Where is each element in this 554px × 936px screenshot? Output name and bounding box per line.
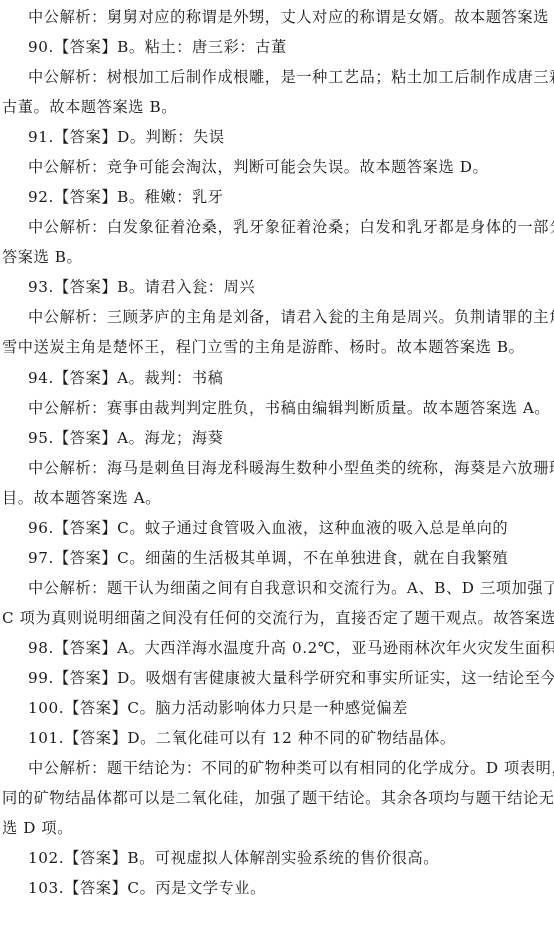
analysis-continuation: 答案选 B。	[2, 245, 554, 269]
analysis-continuation: 古董。故本题答案选 B。	[2, 95, 554, 119]
answer-line-90: 90.【答案】B。粘土：唐三彩：古董	[28, 35, 554, 59]
analysis-line: 中公解析：三顾茅庐的主角是刘备，请君入瓮的主角是周兴。负荆请罪的主角是廉颇，	[28, 305, 554, 329]
answer-line-95: 95.【答案】A。海龙；海葵	[28, 426, 554, 450]
answer-line-101: 101.【答案】D。二氧化硅可以有 12 种不同的矿物结晶体。	[28, 726, 554, 750]
analysis-line: 中公解析：树根加工后制作成根雕，是一种工艺品；粘土加工后制作成唐三彩，是一种	[28, 65, 554, 89]
analysis-continuation: 同的矿物结晶体都可以是二氧化硅，加强了题干结论。其余各项均与题干结论无关。故答案	[2, 786, 554, 810]
analysis-line: 中公解析：题干结论为：不同的矿物种类可以有相同的化学成分。D 项表明，12 种不	[28, 756, 554, 780]
analysis-line: 中公解析：舅舅对应的称谓是外甥，丈人对应的称谓是女婿。故本题答案选 C。	[28, 5, 554, 29]
answer-line-103: 103.【答案】C。丙是文学专业。	[28, 876, 554, 900]
answer-line-97: 97.【答案】C。细菌的生活极其单调，不在单独进食，就在自我繁殖	[28, 546, 554, 570]
analysis-continuation: 雪中送炭主角是楚怀王，程门立雪的主角是游酢、杨时。故本题答案选 B。	[2, 335, 554, 359]
analysis-continuation: 目。故本题答案选 A。	[2, 486, 554, 510]
analysis-line: 中公解析：题干认为细菌之间有自我意识和交流行为。A、B、D 三项加强了题干观点。	[28, 576, 554, 600]
analysis-line: 中公解析：赛事由裁判判定胜负，书稿由编辑判断质量。故本题答案选 A。	[28, 396, 554, 420]
answer-line-102: 102.【答案】B。可视虚拟人体解剖实验系统的售价很高。	[28, 846, 554, 870]
answer-line-92: 92.【答案】B。稚嫩：乳牙	[28, 185, 554, 209]
answer-line-99: 99.【答案】D。吸烟有害健康被大量科学研究和事实所证实，这一结论至今难以改变	[28, 666, 554, 690]
answer-line-94: 94.【答案】A。裁判：书稿	[28, 366, 554, 390]
document-page: 中公解析：舅舅对应的称谓是外甥，丈人对应的称谓是女婿。故本题答案选 C。 90.…	[0, 0, 554, 936]
answer-line-100: 100.【答案】C。脑力活动影响体力只是一种感觉偏差	[28, 696, 554, 720]
answer-line-93: 93.【答案】B。请君入瓮：周兴	[28, 275, 554, 299]
analysis-line: 中公解析：竞争可能会淘汰，判断可能会失误。故本题答案选 D。	[28, 155, 554, 179]
analysis-continuation: C 项为真则说明细菌之间没有任何的交流行为，直接否定了题干观点。故答案选 C。	[2, 606, 554, 630]
answer-line-91: 91.【答案】D。判断：失误	[28, 125, 554, 149]
answer-line-96: 96.【答案】C。蚊子通过食管吸入血液，这种血液的吸入总是单向的	[28, 516, 554, 540]
analysis-line: 中公解析：白发象征着沧桑，乳牙象征着沧桑；白发和乳牙都是身体的一部分。故本题	[28, 215, 554, 239]
analysis-line: 中公解析：海马是刺鱼目海龙科暖海生数种小型鱼类的统称，海葵是六放珊瑚亚纲的一	[28, 456, 554, 480]
answer-line-98: 98.【答案】A。大西洋海水温度升高 0.2℃，亚马逊雨林次年火灾发生面积增加 …	[28, 636, 554, 660]
analysis-continuation: 选 D 项。	[2, 816, 554, 840]
